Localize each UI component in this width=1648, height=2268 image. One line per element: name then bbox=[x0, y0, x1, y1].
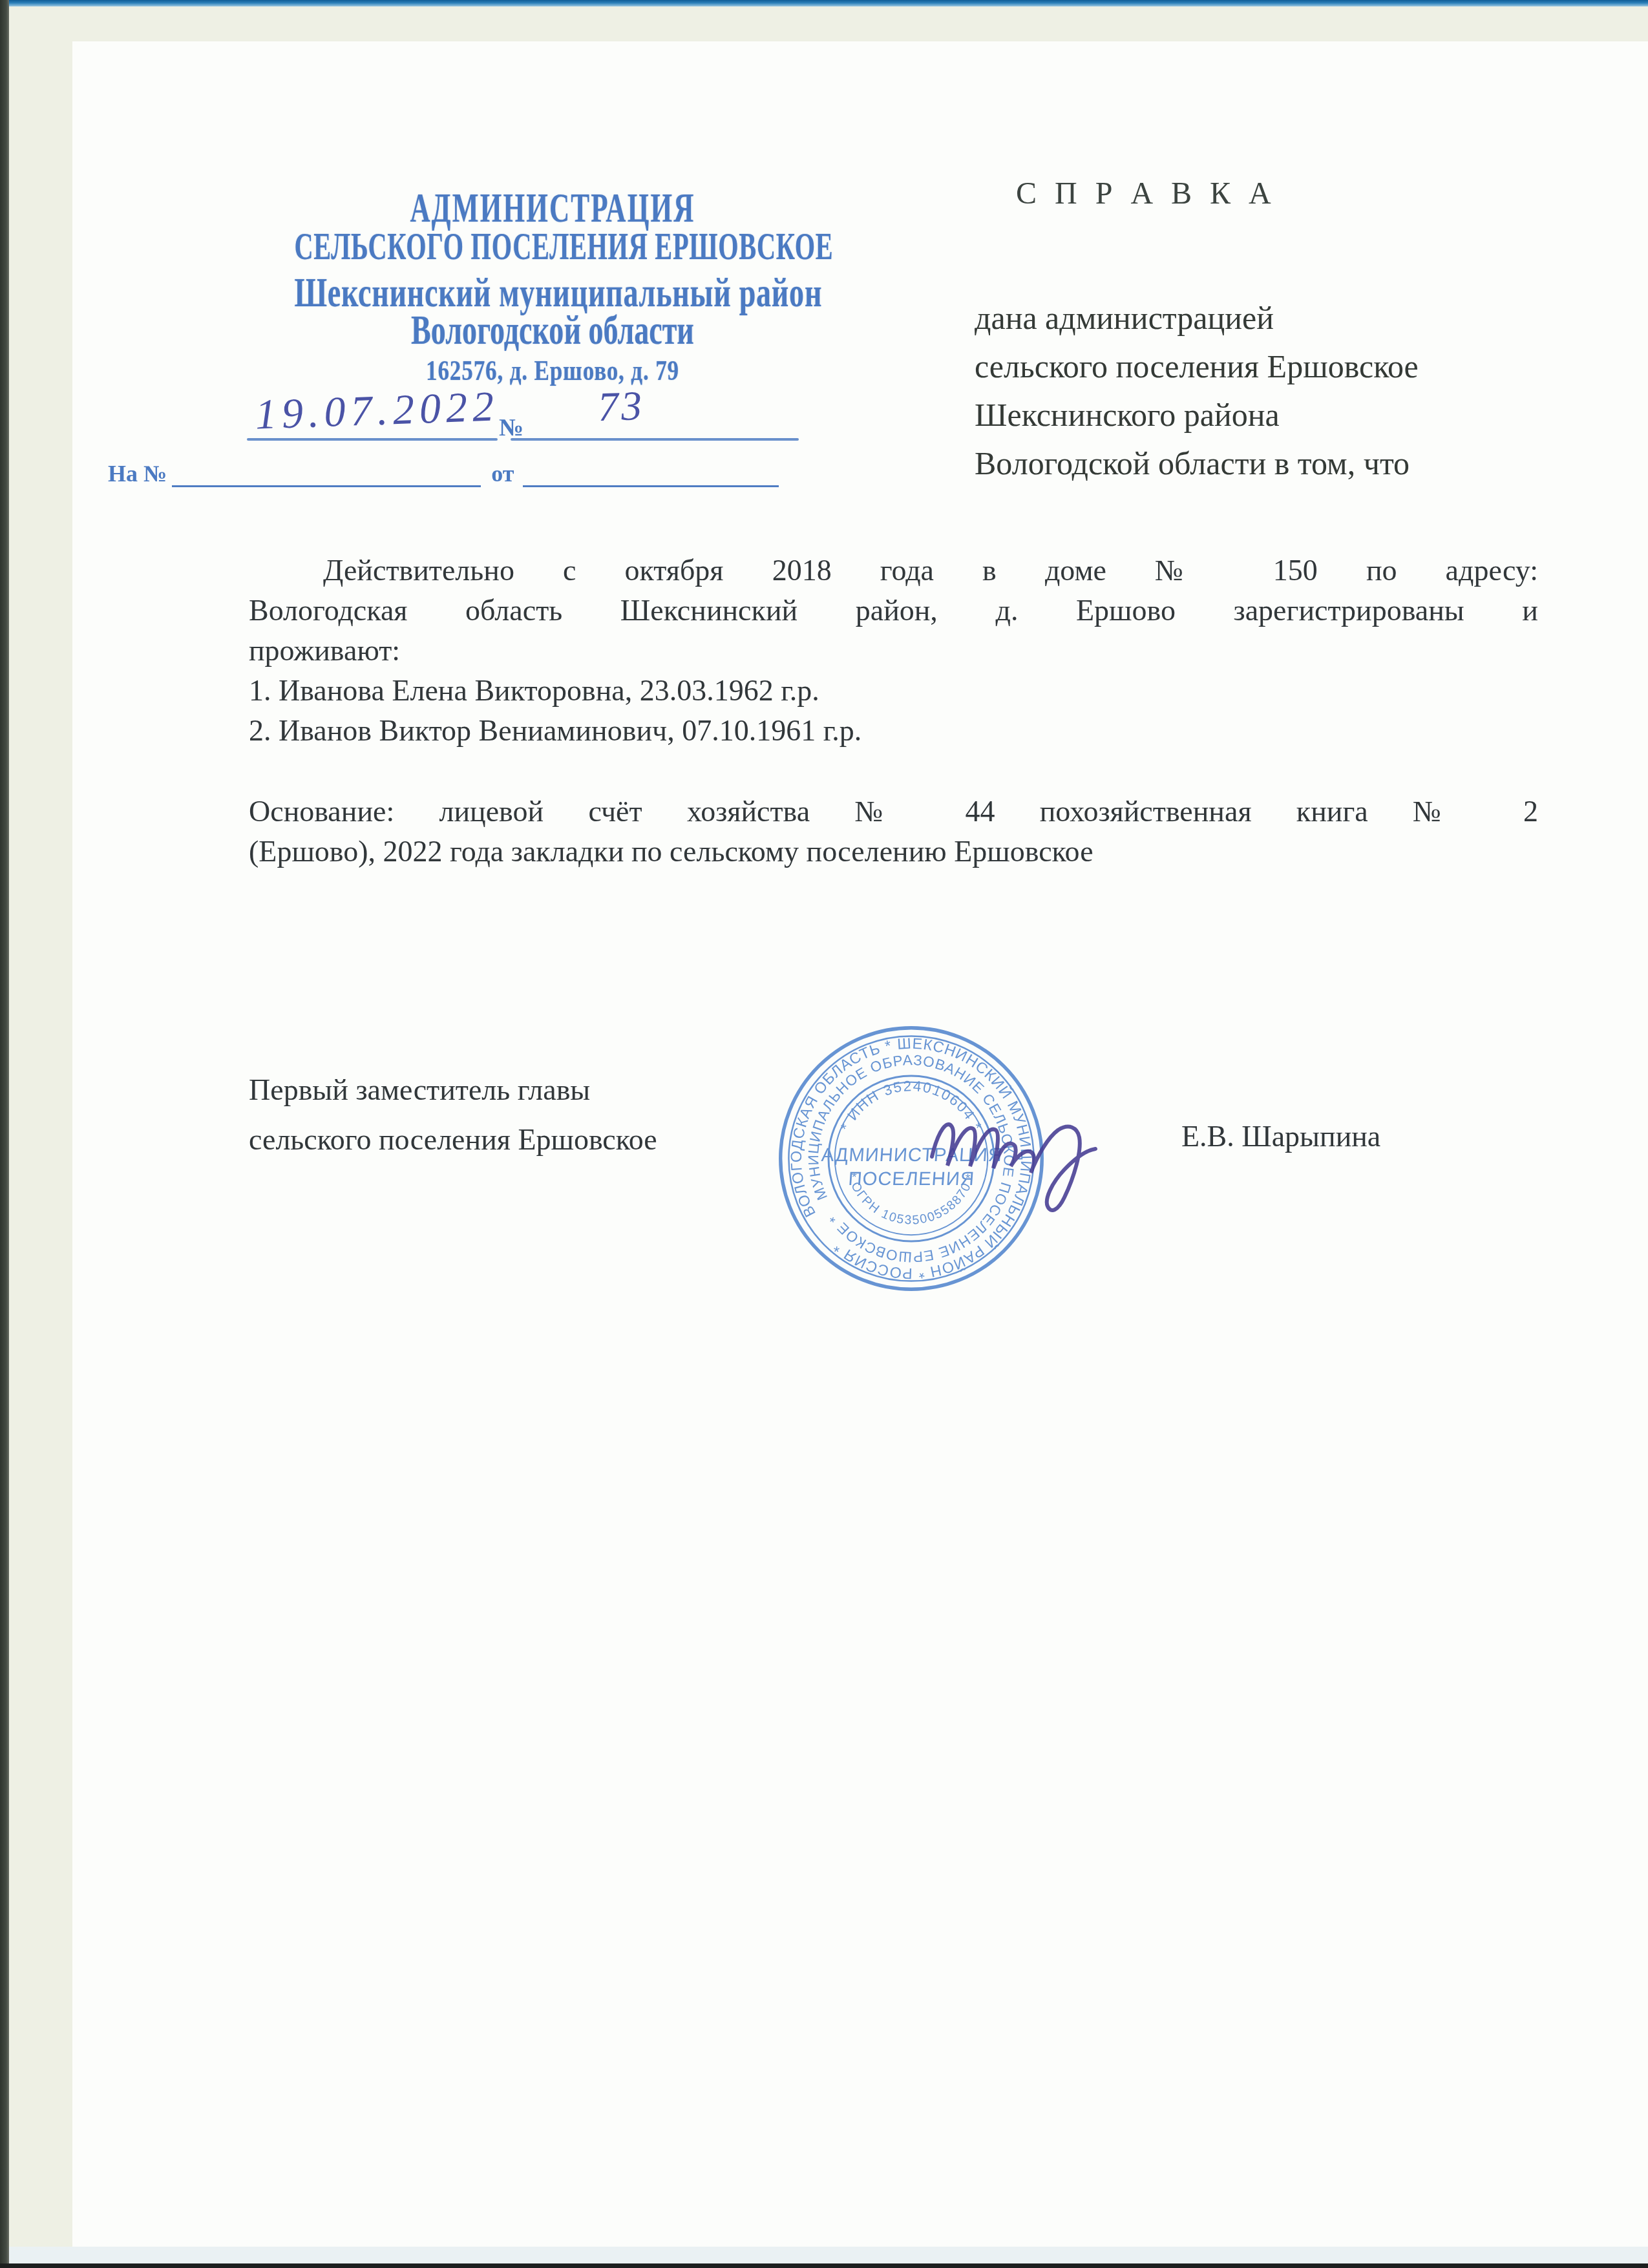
handwritten-date: 19.07.2022 bbox=[255, 382, 500, 439]
signer-position-line: сельского поселения Ершовское bbox=[249, 1115, 657, 1164]
signature-stroke bbox=[932, 1124, 1095, 1210]
signer-position-line: Первый заместитель главы bbox=[249, 1065, 657, 1115]
scan-left-edge bbox=[0, 0, 9, 2268]
resident-entry: 1. Иванова Елена Викторовна, 23.03.1962 … bbox=[249, 671, 1538, 711]
number-underline bbox=[511, 438, 799, 441]
reference-number-row: На №от bbox=[108, 460, 806, 487]
scan-top-edge bbox=[0, 0, 1648, 6]
body-line: проживают: bbox=[249, 631, 1538, 671]
issued-by-line: Вологодской области в том, что bbox=[975, 439, 1627, 488]
issued-by-line: сельского поселения Ершовское bbox=[975, 342, 1627, 391]
issued-by-line: Шекснинского района bbox=[975, 391, 1627, 439]
document-title: С П Р А В К А bbox=[1016, 176, 1276, 211]
na-no-label: На № bbox=[108, 461, 167, 487]
handwritten-signature bbox=[918, 1092, 1125, 1215]
letterhead-org-line2: СЕЛЬСКОГО ПОСЕЛЕНИЯ ЕРШОВСКОЕ bbox=[294, 225, 810, 268]
body-line: Действительно с октября 2018 года в доме… bbox=[249, 551, 1538, 591]
body-text: Действительно с октября 2018 года в доме… bbox=[249, 551, 1538, 751]
handwritten-document-number: 73 bbox=[597, 382, 646, 431]
ot-label: от bbox=[491, 461, 514, 487]
letterhead-region: Вологодской области bbox=[294, 306, 810, 354]
body-line: Вологодская область Шекснинский район, д… bbox=[249, 591, 1538, 631]
scan-bottom-edge bbox=[0, 2263, 1648, 2268]
letterhead-address: 162576, д. Ершово, д. 79 bbox=[266, 354, 840, 387]
na-no-blank-line bbox=[172, 461, 481, 487]
date-underline bbox=[247, 438, 498, 441]
scan-margin bbox=[9, 6, 1648, 41]
basis-text: Основание: лицевой счёт хозяйства № 44 п… bbox=[249, 792, 1538, 872]
issued-by-block: дана администрацией сельского поселения … bbox=[975, 294, 1627, 488]
scan-bottom-band bbox=[9, 2247, 1648, 2264]
signer-position: Первый заместитель главы сельского посел… bbox=[249, 1065, 657, 1164]
scanned-certificate-page: АДМИНИСТРАЦИЯ СЕЛЬСКОГО ПОСЕЛЕНИЯ ЕРШОВС… bbox=[0, 0, 1648, 2268]
basis-line: (Ершово), 2022 года закладки по сельском… bbox=[249, 832, 1538, 872]
signer-name: Е.В. Шарыпина bbox=[1181, 1119, 1380, 1153]
issued-by-line: дана администрацией bbox=[975, 294, 1627, 342]
resident-entry: 2. Иванов Виктор Вениаминович, 07.10.196… bbox=[249, 711, 1538, 751]
ot-blank-line bbox=[523, 461, 779, 487]
basis-line: Основание: лицевой счёт хозяйства № 44 п… bbox=[249, 792, 1538, 832]
